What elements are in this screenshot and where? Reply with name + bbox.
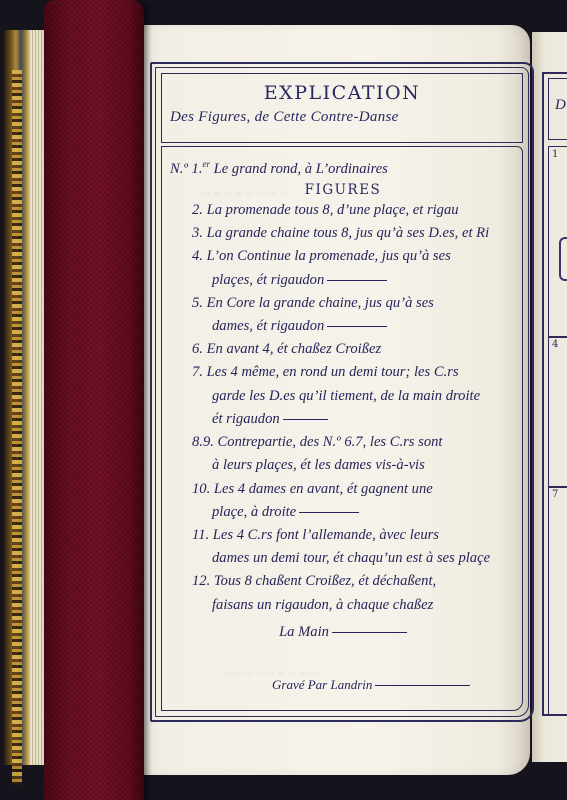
figure-11-line-1: 11. Les 4 C.rs font l’allemande, àvec le… <box>170 524 516 547</box>
figure-10-line-1: 10. Les 4 dames en avant, ét gagnent une <box>170 478 516 501</box>
header-box: EXPLICATION Des Figures, de Cette Contre… <box>161 73 523 143</box>
figure-10-line-2: plaçe, à droite <box>170 501 516 524</box>
figure-8-9-line-2: à leurs plaçes, ét les dames vis-à-vis <box>170 454 516 477</box>
cell-number: 4 <box>552 339 558 350</box>
figure-7-line-1: 7. Les 4 même, en rond un demi tour; les… <box>170 361 516 384</box>
figure-5-line-1: 5. En Core la grande chaine, jus qu’à se… <box>170 292 516 315</box>
dance-diagram-icon <box>559 237 567 281</box>
page-subtitle: Des Figures, de Cette Contre-Danse <box>162 109 522 126</box>
facing-cell-1: 1 <box>548 146 567 338</box>
closing-text: La Main <box>279 624 329 640</box>
figure-6: 6. En avant 4, ét chaßez Croißez <box>170 338 516 361</box>
page-inner-frame: EXPLICATION Des Figures, de Cette Contre… <box>155 67 529 717</box>
figure-12-line-1: 12. Tous 8 chaßent Croißez, ét déchaßent… <box>170 570 516 593</box>
facing-page: D 1 4 7 <box>532 32 567 762</box>
figure-12-line-2: faisans un rigaudon, à chaque chaßez <box>170 594 516 617</box>
flourish-rule <box>327 326 387 327</box>
flourish-rule <box>283 419 328 420</box>
facing-page-frame: D 1 4 7 <box>542 72 567 716</box>
cell-number: 7 <box>552 489 558 500</box>
flourish-rule <box>375 685 470 686</box>
flourish-rule <box>299 512 359 513</box>
cell-number: 1 <box>552 149 558 160</box>
figure-5-line-2: dames, ét rigaudon <box>170 315 516 338</box>
figure-7-line-2: garde les D.es qu’il tiement, de la main… <box>170 385 516 408</box>
page-border-frame: EXPLICATION Des Figures, de Cette Contre… <box>150 62 534 722</box>
engraver-text: Gravé Par Landrin <box>272 677 372 692</box>
figure-1: N.º 1.er Le grand rond, à L’ordinaires <box>170 153 516 181</box>
figure-1-text: Le grand rond, à L’ordinaires <box>214 161 388 177</box>
figure-11-line-2: dames un demi tour, ét chaqu’un est à se… <box>170 547 516 570</box>
flourish-rule <box>327 280 387 281</box>
figure-1-number: N.º 1. <box>170 161 203 177</box>
page-title: EXPLICATION <box>162 82 522 104</box>
figure-10-text: plaçe, à droite <box>212 504 296 520</box>
figure-4-line-1: 4. L’on Continue la promenade, jus qu’à … <box>170 245 516 268</box>
closing-line: La Main <box>170 621 516 644</box>
figure-7-text: ét rigaudon <box>212 411 280 427</box>
engraver-credit: Gravé Par Landrin <box>272 673 470 696</box>
figure-1-number-sup: er <box>203 159 211 169</box>
gilt-ornament <box>12 70 22 785</box>
facing-page-header: D <box>548 78 567 140</box>
facing-cell-4: 4 <box>548 336 567 488</box>
figures-box: ~ ~ ~ ~ ~ ~ ~ ~ N.º 1.er Le grand rond, … <box>161 146 523 711</box>
figure-5-text: dames, ét rigaudon <box>212 318 324 334</box>
figure-8-9-line-1: 8.9. Contrepartie, des N.º 6.7, les C.rs… <box>170 431 516 454</box>
figure-7-line-3: ét rigaudon <box>170 408 516 431</box>
velvet-ribbon-bookmark <box>44 0 144 800</box>
figure-4-line-2: plaçes, ét rigaudon <box>170 269 516 292</box>
facing-header-fragment: D <box>555 97 566 114</box>
book-page: EXPLICATION Des Figures, de Cette Contre… <box>132 25 530 775</box>
bleed-through-text: ~ ~ ~ ~ ~ ~ ~ ~ <box>202 187 287 203</box>
figure-4-text: plaçes, ét rigaudon <box>212 272 324 288</box>
figure-3: 3. La grande chaine tous 8, jus qu’à ses… <box>170 222 516 245</box>
facing-cell-7: 7 <box>548 486 567 716</box>
flourish-rule <box>332 632 407 633</box>
